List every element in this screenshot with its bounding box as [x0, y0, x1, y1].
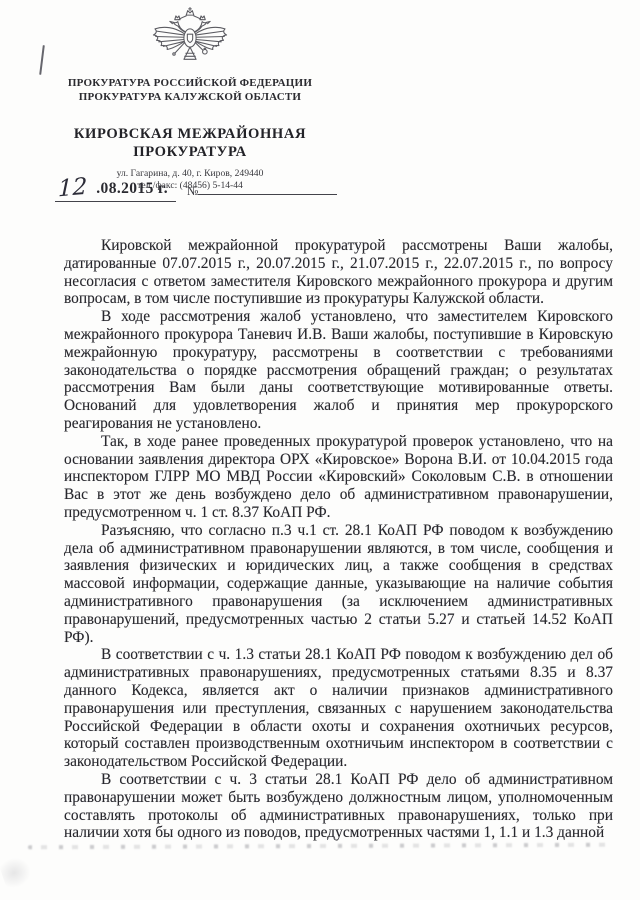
date-field: 12.08.2015 г.	[55, 176, 176, 202]
printed-date: .08.2015 г.	[96, 180, 168, 197]
body-paragraph: В ходе рассмотрения жалоб установлено, ч…	[64, 308, 613, 433]
coat-of-arms-eagle-icon	[143, 6, 237, 70]
handwritten-day: 12	[58, 175, 88, 202]
ink-stroke-artifact	[39, 45, 45, 75]
body-paragraph: В соответствии с ч. 3 статьи 28.1 КоАП Р…	[64, 771, 613, 842]
letter-body: Кировской межрайонной прокуратурой рассм…	[64, 237, 613, 842]
number-sign: №	[187, 184, 198, 198]
body-paragraph: Кировской межрайонной прокуратурой рассм…	[64, 237, 613, 308]
scan-speckle-band	[28, 843, 614, 850]
number-blank-line	[198, 182, 337, 195]
body-paragraph: В соответствии с ч. 1.3 статьи 28.1 КоАП…	[64, 646, 613, 771]
org-name-line2: ПРОКУРАТУРА КАЛУЖСКОЙ ОБЛАСТИ	[50, 91, 330, 105]
org-name-line1: ПРОКУРАТУРА РОССИЙСКОЙ ФЕДЕРАЦИИ	[50, 77, 330, 91]
body-paragraph: Разъясняю, что согласно п.3 ч.1 ст. 28.1…	[64, 522, 613, 647]
office-name-line2: ПРОКУРАТУРА	[50, 143, 330, 161]
body-paragraph: Так, в ходе ранее проведенных прокуратур…	[64, 433, 613, 522]
office-name-line1: КИРОВСКАЯ МЕЖРАЙОННАЯ	[50, 125, 330, 143]
date-number-line: 12.08.2015 г.№	[55, 176, 375, 202]
corner-smudge-artifact	[0, 852, 36, 892]
letterhead: ПРОКУРАТУРА РОССИЙСКОЙ ФЕДЕРАЦИИ ПРОКУРА…	[50, 6, 330, 191]
scanned-letter-page: ПРОКУРАТУРА РОССИЙСКОЙ ФЕДЕРАЦИИ ПРОКУРА…	[0, 0, 640, 900]
